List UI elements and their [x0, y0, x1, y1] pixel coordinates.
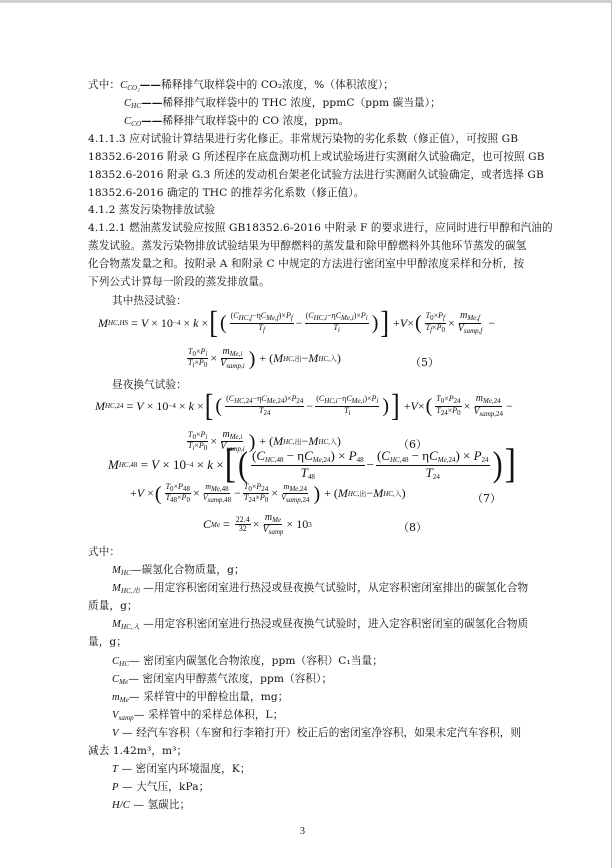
- def-v: V — 经汽车容积（车窗和行李箱打开）校正后的密闭室净容积，如果未定汽车容积，则: [112, 726, 521, 741]
- para-4121-line1: 4.1.2.1 燃油蒸发试验应按照 GB18352.6-2016 中附录 F 的…: [88, 221, 553, 235]
- def-mhc: MHC—碳氢化合物质量，g；: [112, 563, 245, 580]
- def-mhc-out-cont: 质量，g；: [88, 599, 138, 613]
- def-mme: mMe— 采样管中的甲醇检出量，mg；: [112, 690, 288, 707]
- def-p: P — 大气压，kPa；: [112, 780, 209, 795]
- equation-8-number: （8）: [398, 519, 427, 535]
- def-vsamp: Vsamp— 采样管中的采样总体积，L；: [112, 708, 283, 725]
- equation-7-line2: +V ×( T0×P48T48×P0× mMe,48Vsamp,48− T0×P…: [130, 483, 406, 505]
- para-4121-line4: 下列公式计算每一阶段的蒸发排放量。: [88, 275, 270, 289]
- para-4113-line4: 18352.6-2016 确定的 THC 的推荐劣化系数（修正值）。: [88, 186, 364, 200]
- def-cme: CMe— 密闭室内甲醇蒸气浓度，ppm（容积）；: [112, 672, 332, 689]
- label-diurnal: 昼夜换气试验：: [112, 378, 187, 392]
- para-4121-line2: 蒸发试验。蒸发污染物排放试验结果为甲醇燃料的蒸发量和除甲醇燃料外其他环节蒸发的碳…: [88, 239, 526, 253]
- equation-7-line1: MHC,48 = V × 10−4 × k × [( (CHC,48 − ηCM…: [108, 448, 517, 482]
- def-t: T — 密闭室内环境温度，K；: [112, 762, 251, 777]
- def-v-cont: 减去 1.42m³，m³；: [88, 744, 187, 758]
- def-cco: CCO——稀释排气取样袋中的 CO 浓度，ppm。: [124, 114, 349, 131]
- para-4121-line3: 化合物蒸发量之和。按附录 A 和附录 C 中规定的方法进行密闭室中甲醇浓度采样和…: [88, 257, 524, 271]
- equation-5-line2: T0×PiTi×P0× mMe,iVsamp,i) + (MHC,出 − MHC…: [185, 347, 341, 371]
- section-heading-412: 4.1.2 蒸发污染物排放试验: [88, 203, 215, 217]
- para-4113-line1: 4.1.1.3 应对试验计算结果进行劣化修正。非常规污染物的劣化系数（修正值），…: [88, 132, 528, 146]
- def-mhc-out: MHC,出 —用定容积密闭室进行热浸或昼夜换气试验时，从定容积密闭室排出的碳氢化…: [112, 581, 528, 598]
- def-cco2: 式中：CCO₂——稀释排气取样袋中的 CO₂浓度，%（体积浓度）；: [88, 78, 394, 95]
- def-mhc-in-cont: 量，g；: [88, 635, 127, 649]
- def-chc-bottom: CHC— 密闭室内碳氢化合物浓度，ppm（容积）C₁当量；: [112, 654, 383, 671]
- def-chc: CHC——稀释排气取样袋中的 THC 浓度，ppmC（ppm 碳当量）；: [124, 96, 441, 113]
- equation-7-number: （7）: [472, 490, 501, 506]
- document-page: 式中：CCO₂——稀释排气取样袋中的 CO₂浓度，%（体积浓度）； CHC——稀…: [0, 0, 611, 868]
- equation-5-number: （5）: [410, 354, 439, 370]
- equation-5-line1: MHC,HS = V × 10−4 × k × [( (CHC,f−ηCMe,f…: [98, 310, 495, 336]
- equation-8: CMe = 22.432× mMeVsamp× 103: [203, 513, 312, 537]
- page-number: 3: [300, 826, 305, 837]
- def-mhc-in: MHC,入 —用定容积密闭室进行热浸或昼夜换气试验时，进入定容积密闭室的碳氢化合…: [112, 617, 528, 634]
- para-4113-line3: 18352.6-2016 附录 G.3 所述的发动机台架老化试验方法进行实测耐久…: [88, 168, 528, 182]
- def-hc-ratio: H/C — 氢碳比；: [112, 798, 190, 813]
- label-hot-soak: 其中热浸试验：: [112, 294, 187, 308]
- label-where: 式中：: [88, 545, 120, 559]
- equation-6-line1: MHC,24 = V × 10−4 × k × [( (CHC,24−ηCMe,…: [95, 393, 513, 419]
- para-4113-line2: 18352.6-2016 附录 G 所述程序在底盘测功机上或试验场进行实测耐久试…: [88, 150, 528, 164]
